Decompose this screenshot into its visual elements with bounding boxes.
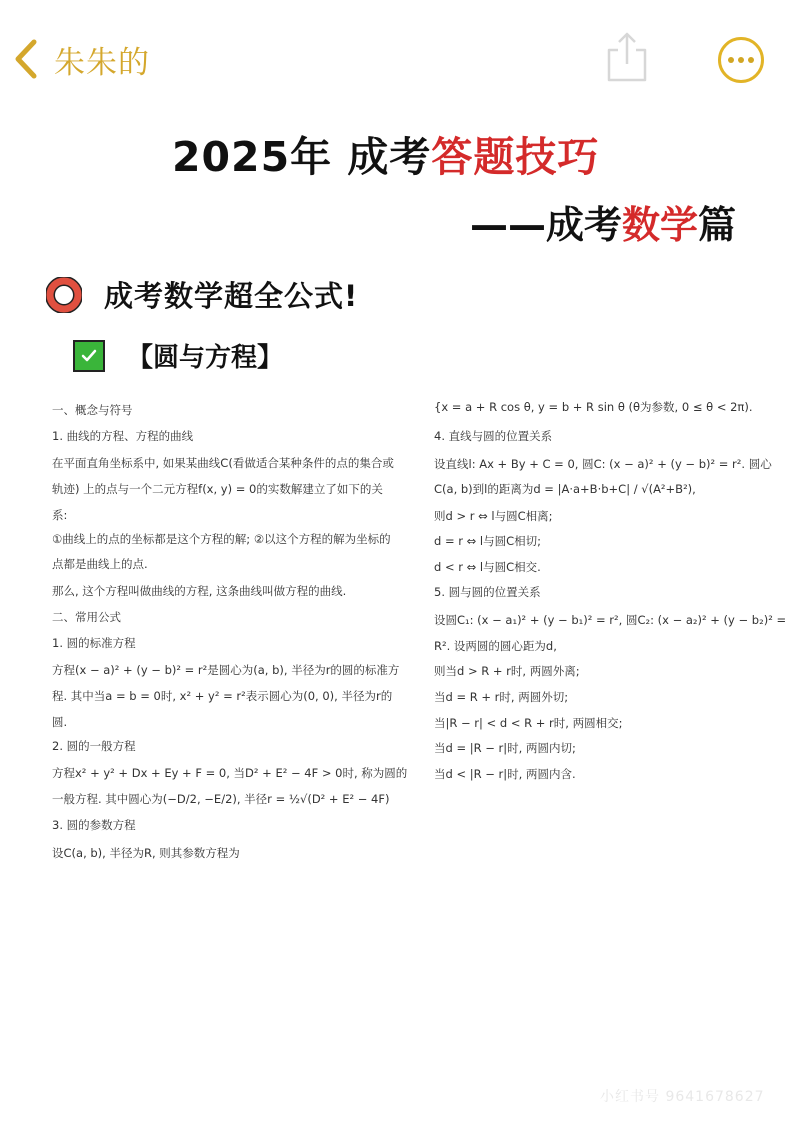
- more-dots-icon: [738, 57, 744, 63]
- doc-formula-line: 当d < |R − r|时, 两圆内含.: [434, 769, 576, 781]
- doc-formula-line: 一般方程. 其中圆心为(−D/2, −E/2), 半径r = ½√(D² + E…: [52, 794, 389, 806]
- doc-subheading: 2. 圆的一般方程: [52, 741, 136, 753]
- main-title-black: 2025年 成考: [172, 133, 431, 181]
- doc-paragraph-line: 那么, 这个方程叫做曲线的方程, 这条曲线叫做方程的曲线.: [52, 586, 346, 598]
- doc-heading: 二、常用公式: [52, 612, 121, 624]
- section-subheading: 【圆与方程】: [73, 337, 283, 374]
- watermark: 小红书号 9641678627: [600, 1086, 765, 1106]
- section-heading: 成考数学超全公式!: [46, 274, 358, 315]
- doc-formula-line: d = r ⇔ l与圆C相切;: [434, 536, 541, 548]
- chevron-left-icon: [10, 36, 40, 82]
- sub-title-black-a: ——成考: [470, 203, 622, 247]
- doc-formula-line: d < r ⇔ l与圆C相交.: [434, 562, 541, 574]
- more-dots-icon: [728, 57, 734, 63]
- doc-formula-line: 当|R − r| < d < R + r时, 两圆相交;: [434, 718, 622, 730]
- sub-title-black-b: 篇: [698, 203, 736, 247]
- doc-formula-line: 方程x² + y² + Dx + Ey + F = 0, 当D² + E² − …: [52, 768, 407, 780]
- doc-heading: 一、概念与符号: [52, 405, 133, 417]
- author-name: 朱朱的: [54, 37, 150, 82]
- doc-paragraph-line: 点都是曲线上的点.: [52, 559, 148, 571]
- doc-formula-line: 则当d > R + r时, 两圆外离;: [434, 666, 580, 678]
- doc-formula-line: R². 设两圆的圆心距为d,: [434, 641, 557, 653]
- back-button[interactable]: 朱朱的: [10, 36, 150, 82]
- main-title-red: 答题技巧: [431, 133, 599, 181]
- doc-subheading: 3. 圆的参数方程: [52, 820, 136, 832]
- doc-subheading: 1. 曲线的方程、方程的曲线: [52, 431, 193, 443]
- green-check-icon: [73, 340, 105, 372]
- doc-formula-line: 方程(x − a)² + (y − b)² = r²是圆心为(a, b), 半径…: [52, 665, 399, 677]
- red-ring-icon: [46, 277, 82, 313]
- doc-subheading: 4. 直线与圆的位置关系: [434, 431, 552, 443]
- doc-formula-line: 设C(a, b), 半径为R, 则其参数方程为: [52, 848, 240, 860]
- main-title: 2025年 成考答题技巧: [172, 124, 599, 183]
- top-navbar: 朱朱的: [0, 0, 800, 110]
- doc-formula-line: C(a, b)到l的距离为d = |A·a+B·b+C| / √(A²+B²),: [434, 484, 696, 496]
- doc-paragraph-line: 轨迹) 上的点与一个二元方程f(x, y) = 0的实数解建立了如下的关: [52, 484, 383, 496]
- doc-formula-line: 则d > r ⇔ l与圆C相离;: [434, 511, 553, 523]
- doc-formula-line: {x = a + R cos θ, y = b + R sin θ (θ为参数,…: [434, 402, 753, 414]
- more-options-button[interactable]: [718, 37, 764, 83]
- doc-subheading: 5. 圆与圆的位置关系: [434, 587, 541, 599]
- doc-paragraph-line: 在平面直角坐标系中, 如果某曲线C(看做适合某种条件的点的集合或: [52, 458, 394, 470]
- doc-paragraph-line: ①曲线上的点的坐标都是这个方程的解; ②以这个方程的解为坐标的: [52, 534, 391, 546]
- doc-paragraph-line: 圆.: [52, 717, 67, 729]
- doc-formula-line: 当d = R + r时, 两圆外切;: [434, 692, 568, 704]
- sub-title-red: 数学: [622, 203, 698, 247]
- section-subheading-text: 【圆与方程】: [127, 337, 283, 374]
- sub-title: ——成考数学篇: [470, 194, 736, 249]
- doc-formula-line: 当d = |R − r|时, 两圆内切;: [434, 743, 576, 755]
- more-dots-icon: [748, 57, 754, 63]
- doc-subheading: 1. 圆的标准方程: [52, 638, 136, 650]
- doc-formula-line: 设直线l: Ax + By + C = 0, 圆C: (x − a)² + (y…: [434, 459, 772, 471]
- doc-formula-line: 程. 其中当a = b = 0时, x² + y² = r²表示圆心为(0, 0…: [52, 691, 392, 703]
- section-heading-text: 成考数学超全公式!: [104, 274, 358, 315]
- doc-paragraph-line: 系:: [52, 510, 67, 522]
- share-icon[interactable]: [606, 30, 648, 84]
- doc-formula-line: 设圆C₁: (x − a₁)² + (y − b₁)² = r², 圆C₂: (…: [434, 615, 786, 627]
